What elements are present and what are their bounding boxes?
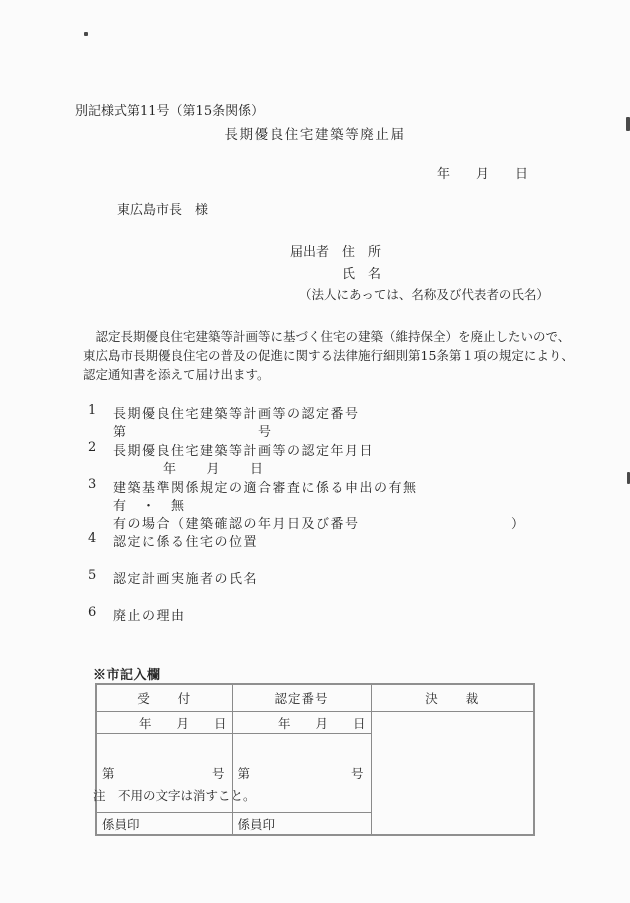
number-suffix: 号 (212, 764, 225, 782)
approval-header: 決 裁 (371, 684, 534, 712)
item-6-number: 6 (88, 605, 96, 620)
applicant-address-label: 住 所 (342, 245, 381, 260)
table-header-row: 受 付 認定番号 決 裁 (96, 684, 534, 712)
cert-date-cell: 年 月 日 (232, 712, 371, 734)
item-1-number: 1 (88, 403, 96, 418)
item-3-case-prefix: 有の場合（建築確認の年月日及び番号 (113, 513, 360, 532)
table-date-row: 年 月 日 年 月 日 (96, 712, 534, 734)
body-paragraph-line: 認定長期優良住宅建築等計画等に基づく住宅の建築（維持保全）を廃止したいので、 (83, 327, 573, 345)
applicant-address-line: 届出者 住 所 (290, 241, 381, 260)
item-5-number: 5 (88, 568, 96, 583)
body-paragraph-line: 東広島市長期優良住宅の普及の促進に関する法律施行細則第15条第１項の規定により、 (83, 346, 573, 364)
item-4-number: 4 (88, 531, 96, 546)
scan-artifact (84, 32, 88, 36)
corporate-note: （法人にあっては、名称及び代表者の氏名） (299, 285, 549, 303)
item-1-label: 長期優良住宅建築等計画等の認定番号 (113, 403, 360, 422)
form-number: 別記様式第11号（第15条関係） (75, 100, 264, 119)
city-entry-heading: ※市記入欄 (93, 664, 161, 683)
number-prefix: 第 (102, 764, 115, 782)
form-page: 別記様式第11号（第15条関係） 長期優良住宅建築等廃止届 年 月 日 東広島市… (0, 0, 630, 903)
item-3-case-closing-paren: ） (511, 513, 526, 532)
item-5-label: 認定計画実施者の氏名 (113, 568, 258, 587)
footnote: 注 不用の文字は消すこと。 (93, 786, 256, 804)
item-2-label: 長期優良住宅建築等計画等の認定年月日 (113, 440, 374, 459)
item-3-yes-no-choice: 有 ・ 無 (113, 495, 186, 514)
number-suffix: 号 (351, 764, 364, 782)
item-2-number: 2 (88, 440, 96, 455)
applicant-name-label: 氏 名 (342, 263, 381, 282)
applicant-label: 届出者 (290, 245, 329, 260)
addressee: 東広島市長 様 (117, 199, 208, 218)
item-2-date-field: 年 月 日 (163, 458, 265, 477)
number-prefix: 第 (238, 764, 251, 782)
page-title: 長期優良住宅建築等廃止届 (0, 123, 630, 143)
item-4-label: 認定に係る住宅の位置 (113, 531, 258, 550)
reception-seal-cell: 係員印 (96, 813, 232, 836)
body-paragraph-line: 認定通知書を添えて届け出ます。 (83, 365, 573, 383)
cert-number-header: 認定番号 (232, 684, 371, 712)
city-entry-table: 受 付 認定番号 決 裁 年 月 日 年 月 日 第 号 (95, 683, 535, 836)
approval-entry-cell (371, 712, 534, 836)
item-6-label: 廃止の理由 (113, 605, 186, 624)
submission-date-field: 年 月 日 (437, 163, 528, 182)
item-1-certification-number-field: 第 号 (113, 421, 273, 440)
item-3-number: 3 (88, 477, 96, 492)
item-3-label: 建築基準関係規定の適合審査に係る申出の有無 (113, 477, 418, 496)
reception-header: 受 付 (96, 684, 232, 712)
cert-seal-cell: 係員印 (232, 813, 371, 836)
reception-date-cell: 年 月 日 (96, 712, 232, 734)
